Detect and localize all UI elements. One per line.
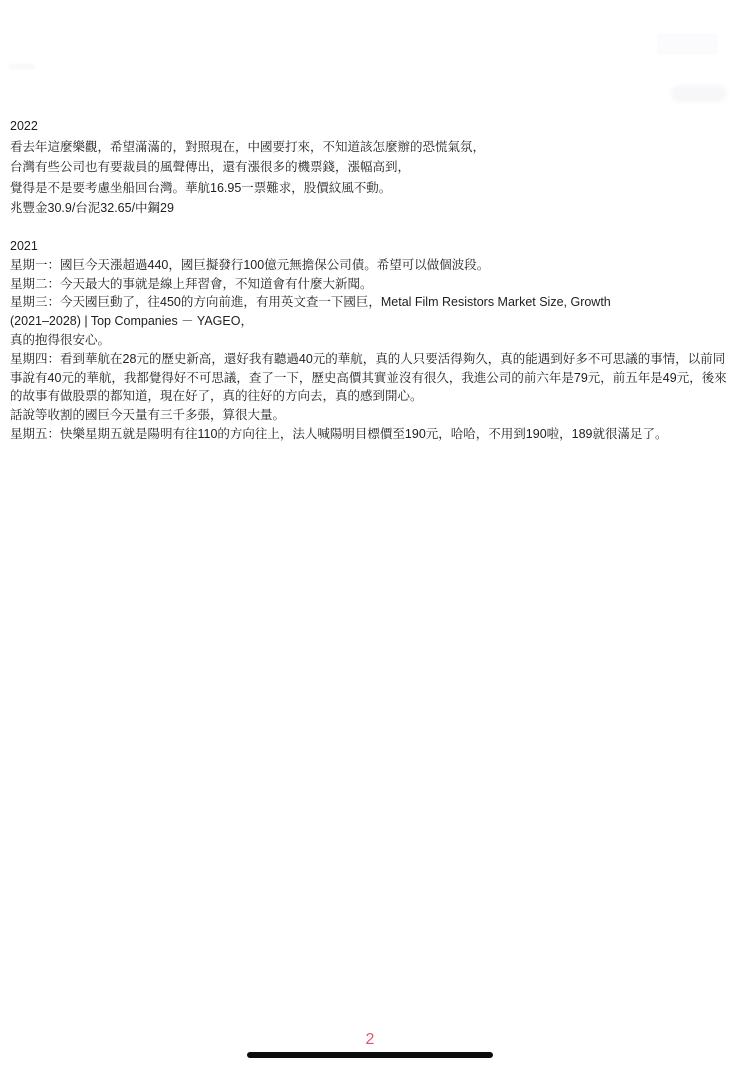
page-number: 2 xyxy=(0,1031,740,1049)
text-line: 星期一：國巨今天漲超過440，國巨擬發行100億元無擔保公司債。希望可以做個波段… xyxy=(10,256,734,275)
section-2021: 2021 星期一：國巨今天漲超過440，國巨擬發行100億元無擔保公司債。希望可… xyxy=(10,237,734,444)
text-line: 真的抱得很安心。 xyxy=(10,331,734,350)
text-line: 事說有40元的華航，我都覺得好不可思議，查了一下，歷史高價其實並沒有很久，我進公… xyxy=(10,369,734,388)
faded-button-artifact xyxy=(657,33,718,55)
text-line: 話說等收割的國巨今天量有三千多張，算很大量。 xyxy=(10,406,734,425)
document-page: 2022 看去年這麼樂觀，希望滿滿的，對照現在，中國要打來，不知道該怎麼辦的恐慌… xyxy=(0,0,740,1065)
text-line: 看去年這麼樂觀，希望滿滿的，對照現在，中國要打來，不知道該怎麼辦的恐慌氣氛， xyxy=(10,137,734,158)
faded-smudge-artifact xyxy=(671,85,727,102)
text-line: 星期二：今天最大的事就是線上拜習會，不知道會有什麼大新聞。 xyxy=(10,275,734,294)
text-line: 兆豐金30.9/台泥32.65/中鋼29 xyxy=(10,198,734,219)
section-2021-heading: 2021 xyxy=(10,237,734,256)
home-indicator-bar[interactable] xyxy=(247,1052,493,1058)
text-line: 星期三：今天國巨動了，往450的方向前進，有用英文查一下國巨，Metal Fil… xyxy=(10,293,734,312)
text-line: 覺得是不是要考慮坐船回台灣。華航16.95一票難求，股價紋風不動。 xyxy=(10,178,734,199)
text-line: 台灣有些公司也有要裁員的風聲傳出，還有漲很多的機票錢，漲幅高到， xyxy=(10,157,734,178)
text-line: 星期五：快樂星期五就是陽明有往110的方向往上，法人喊陽明目標價至190元，哈哈… xyxy=(10,425,734,444)
text-line: (2021–2028) | Top Companies － YAGEO， xyxy=(10,312,734,331)
faded-dash-artifact xyxy=(9,64,35,69)
section-2022-heading: 2022 xyxy=(10,116,734,137)
text-line: 的故事有做股票的都知道，現在好了，真的往好的方向去，真的感到開心。 xyxy=(10,387,734,406)
text-line: 星期四：看到華航在28元的歷史新高，還好我有聽過40元的華航，真的人只要活得夠久… xyxy=(10,350,734,369)
section-2022: 2022 看去年這麼樂觀，希望滿滿的，對照現在，中國要打來，不知道該怎麼辦的恐慌… xyxy=(10,116,734,219)
